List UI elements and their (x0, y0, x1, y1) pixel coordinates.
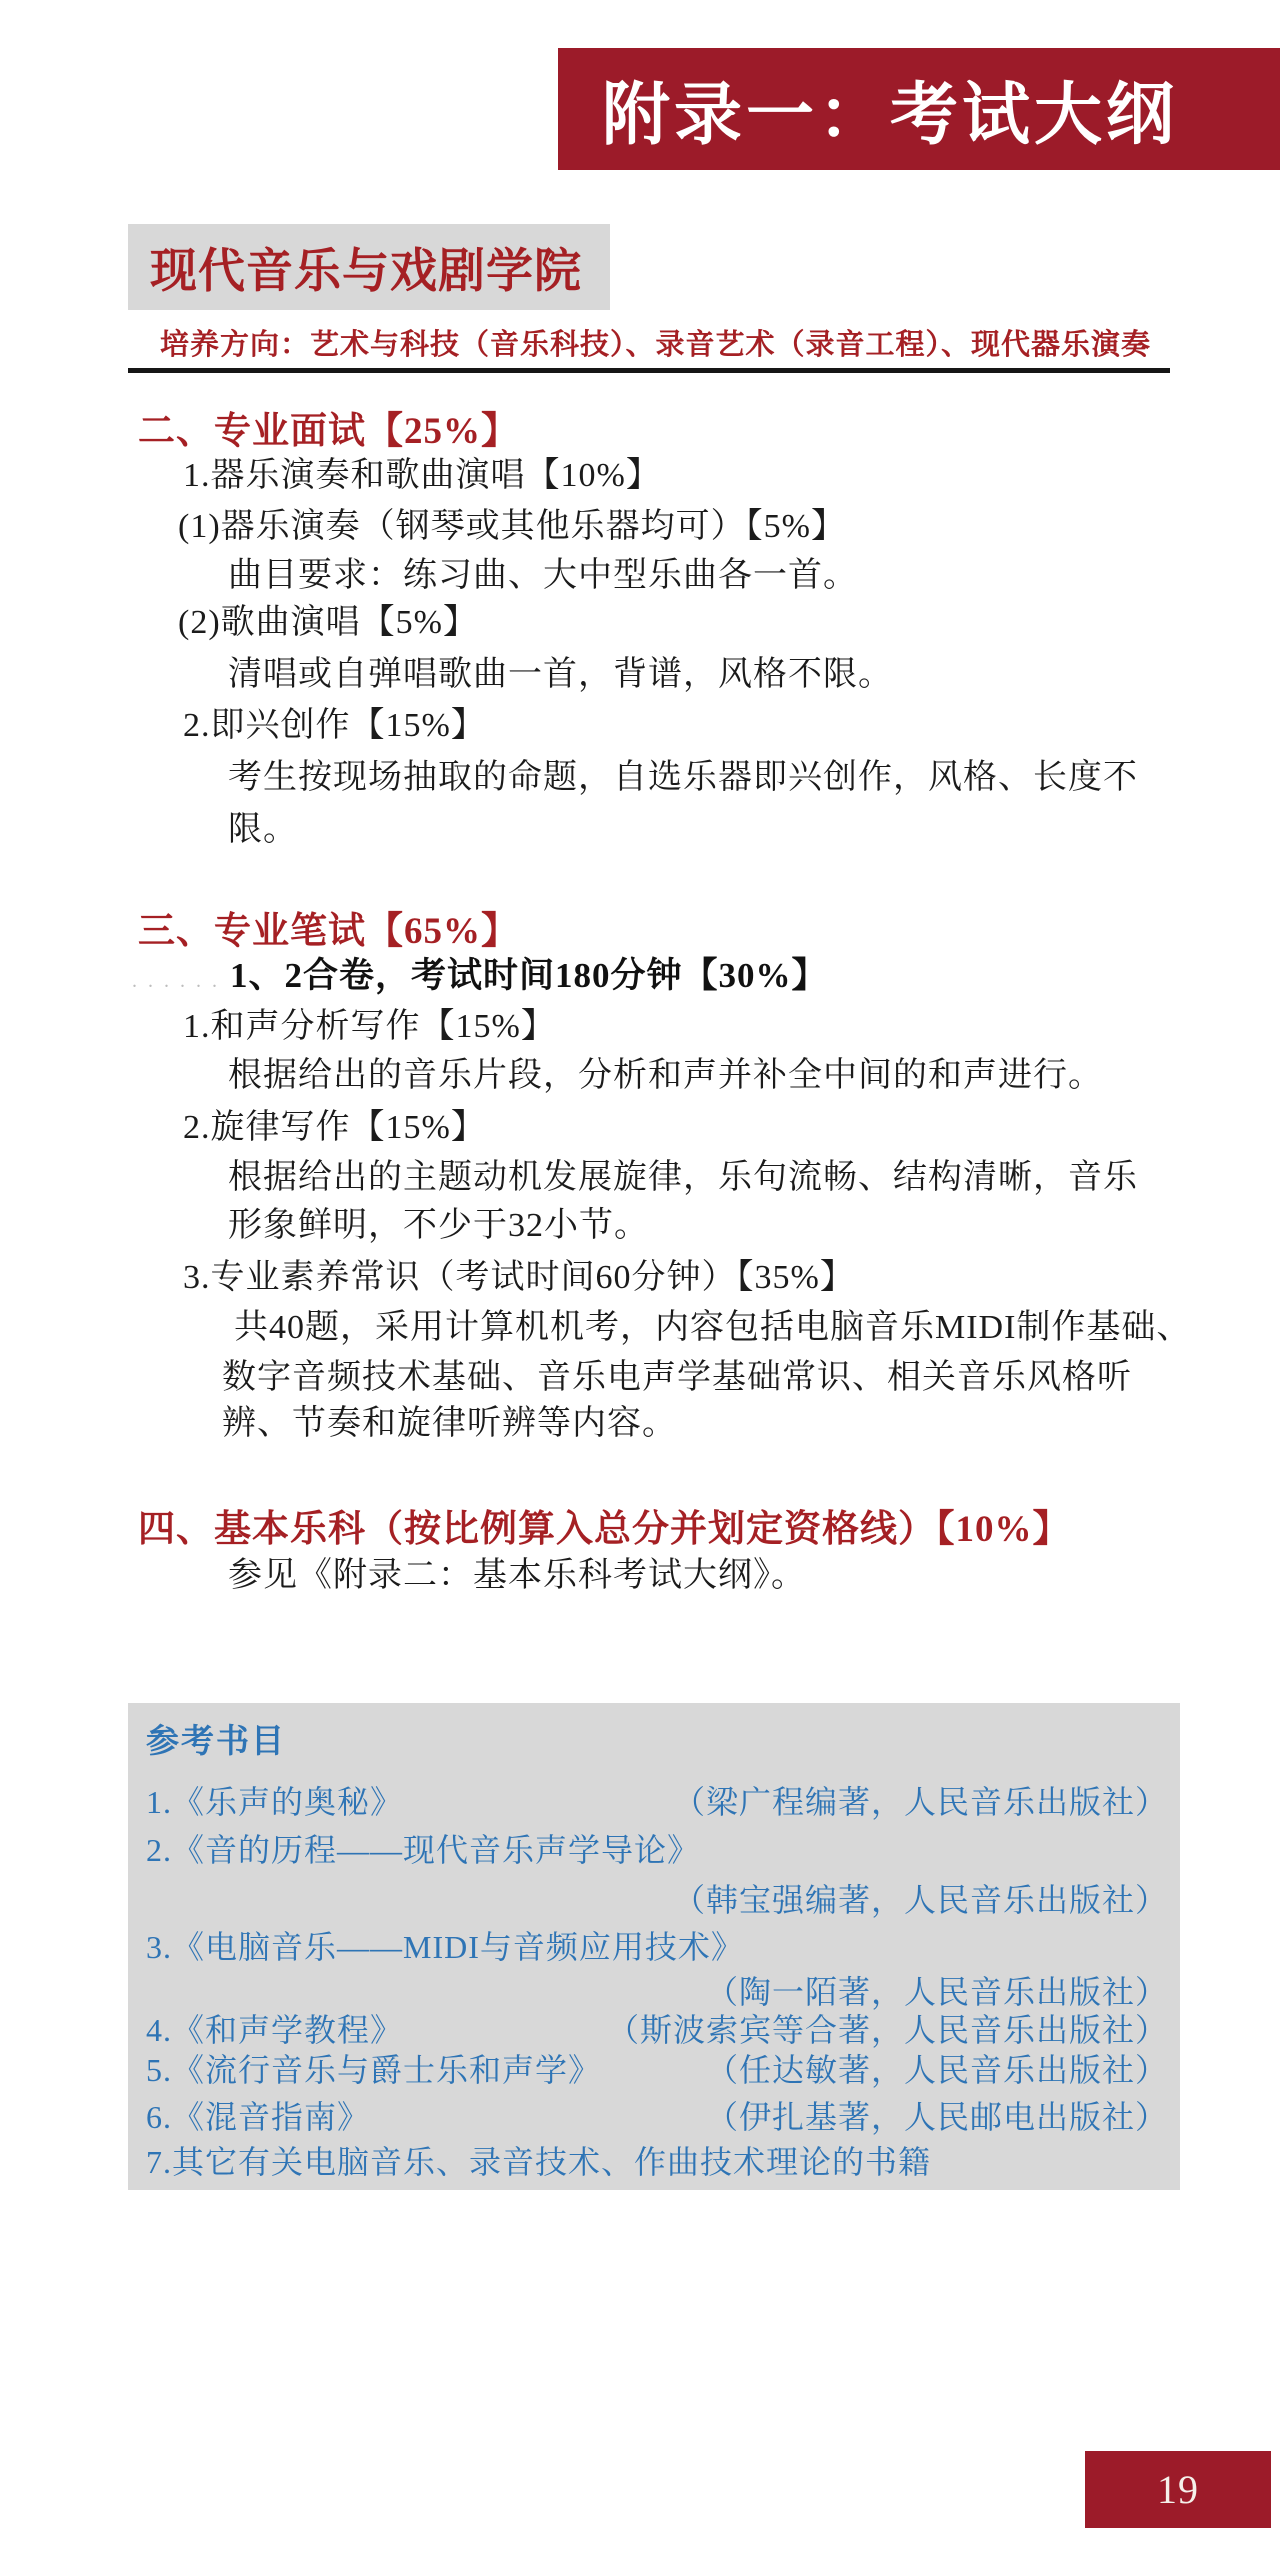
written-subheading-line: . . . . . . 1、2合卷，考试时间180分钟【30%】 (132, 948, 828, 998)
book-title: 6.《混音指南》 (146, 2092, 370, 2138)
book-publisher: （韩宝强编著，人民音乐出版社） (673, 1875, 1168, 1921)
bibliography-item: 2.《音的历程——现代音乐声学导论》 (146, 1825, 1168, 1871)
text-line: 共40题，采用计算机机考，内容包括电脑音乐MIDI制作基础、 (234, 1299, 1191, 1348)
bibliography-item: （韩宝强编著，人民音乐出版社） (146, 1875, 1168, 1921)
text-line: 限。 (228, 801, 298, 850)
text-line: 辨、节奏和旋律听辨等内容。 (222, 1395, 677, 1444)
training-directions: 培养方向：艺术与科技（音乐科技）、录音艺术（录音工程）、现代器乐演奏 (160, 322, 1151, 363)
text-line: 1.和声分析写作【15%】 (183, 998, 556, 1047)
section-written-heading: 三、专业笔试【65%】 (138, 900, 519, 954)
text-line: 2.旋律写作【15%】 (183, 1099, 486, 1148)
leader-dots: . . . . . . (132, 970, 220, 993)
text-line: 清唱或自弹唱歌曲一首，背谱，风格不限。 (228, 646, 893, 695)
document-page: 附录一：考试大纲 现代音乐与戏剧学院 培养方向：艺术与科技（音乐科技）、录音艺术… (0, 0, 1280, 2559)
section-interview-heading: 二、专业面试【25%】 (138, 400, 519, 454)
book-title: 7.其它有关电脑音乐、录音技术、作曲技术理论的书籍 (146, 2137, 931, 2183)
appendix-banner-title: 附录一：考试大纲 (602, 61, 1178, 158)
written-subheading: 1、2合卷，考试时间180分钟【30%】 (230, 948, 828, 998)
text-line: (1)器乐演奏（钢琴或其他乐器均可）【5%】 (178, 498, 846, 547)
department-title-box: 现代音乐与戏剧学院 (128, 224, 610, 310)
text-line: 根据给出的音乐片段，分析和声并补全中间的和声进行。 (228, 1047, 1103, 1096)
bibliography-item: 3.《电脑音乐——MIDI与音频应用技术》 (146, 1922, 1168, 1968)
text-line: 根据给出的主题动机发展旋律，乐句流畅、结构清晰，音乐 (228, 1149, 1138, 1198)
text-line: 曲目要求：练习曲、大中型乐曲各一首。 (228, 547, 858, 596)
bibliography-item: 5.《流行音乐与爵士乐和声学》 （任达敏著，人民音乐出版社） (146, 2045, 1168, 2091)
book-title: 2.《音的历程——现代音乐声学导论》 (146, 1825, 700, 1871)
bibliography-heading: 参考书目 (146, 1715, 286, 1762)
text-line: (2)歌曲演唱【5%】 (178, 594, 478, 643)
text-line: 数字音频技术基础、音乐电声学基础常识、相关音乐风格听 (222, 1349, 1132, 1398)
section-basic-heading: 四、基本乐科（按比例算入总分并划定资格线）【10%】 (138, 1498, 1071, 1552)
bibliography-item: 1.《乐声的奥秘》 （梁广程编著，人民音乐出版社） (146, 1777, 1168, 1823)
text-line: 2.即兴创作【15%】 (183, 697, 486, 746)
book-title: 5.《流行音乐与爵士乐和声学》 (146, 2045, 601, 2091)
text-line: 3.专业素养常识（考试时间60分钟）【35%】 (183, 1249, 855, 1298)
book-publisher: （任达敏著，人民音乐出版社） (706, 2045, 1168, 2091)
department-title: 现代音乐与戏剧学院 (150, 234, 582, 301)
bibliography-item: 7.其它有关电脑音乐、录音技术、作曲技术理论的书籍 (146, 2137, 1168, 2183)
bibliography-box: 参考书目 1.《乐声的奥秘》 （梁广程编著，人民音乐出版社） 2.《音的历程——… (128, 1703, 1180, 2190)
page-number-box: 19 (1085, 2451, 1271, 2528)
text-line: 考生按现场抽取的命题，自选乐器即兴创作，风格、长度不 (228, 749, 1138, 798)
book-publisher: （伊扎基著，人民邮电出版社） (706, 2092, 1168, 2138)
book-title: 3.《电脑音乐——MIDI与音频应用技术》 (146, 1922, 744, 1968)
page-number: 19 (1157, 2466, 1199, 2513)
appendix-banner: 附录一：考试大纲 (558, 48, 1280, 170)
book-title: 1.《乐声的奥秘》 (146, 1777, 403, 1823)
divider-rule (128, 368, 1170, 373)
text-line: 参见《附录二：基本乐科考试大纲》。 (228, 1547, 806, 1596)
text-line: 形象鲜明，不少于32小节。 (228, 1197, 649, 1246)
bibliography-item: 6.《混音指南》 （伊扎基著，人民邮电出版社） (146, 2092, 1168, 2138)
book-publisher: （梁广程编著，人民音乐出版社） (673, 1777, 1168, 1823)
text-line: 1.器乐演奏和歌曲演唱【10%】 (183, 447, 661, 496)
